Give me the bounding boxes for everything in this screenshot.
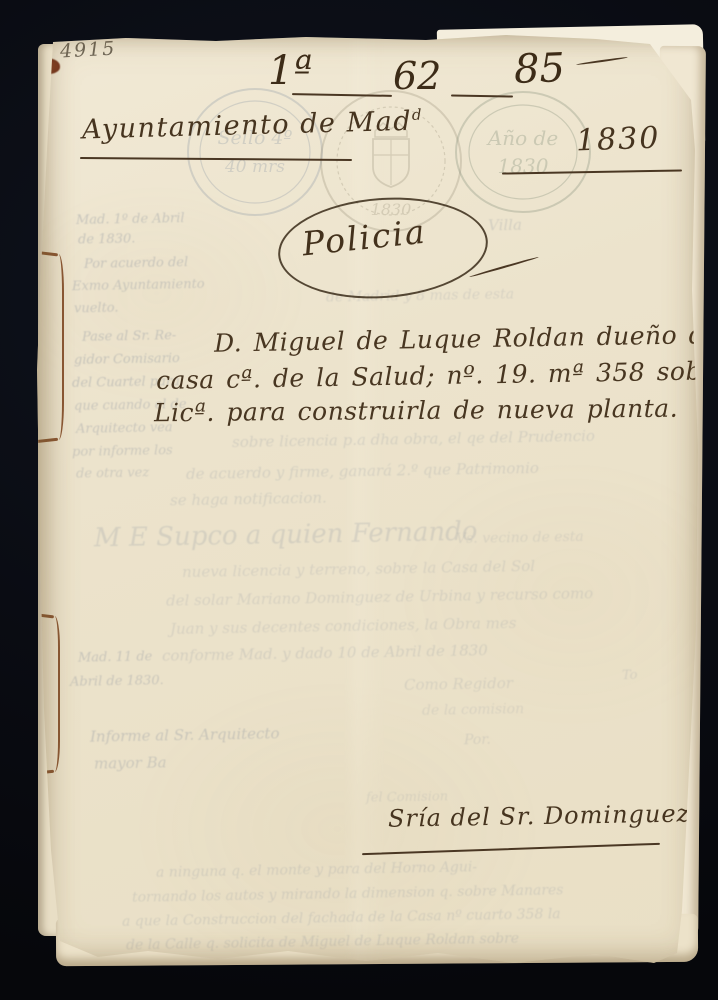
sello-40mrs-stamp: Sello 4º 40 mrs xyxy=(184,84,326,220)
bleedthrough-line: Exmo Ayuntamiento xyxy=(72,277,205,294)
abbreviation-superscript: d xyxy=(412,106,424,124)
bleedthrough-line: nueva licencia y terreno, sobre la Casa … xyxy=(182,557,535,581)
petition-line: casa cª. de la Salud; nº. 19. mª 358 sob… xyxy=(156,356,718,395)
bleedthrough-line: Juan y sus decentes condiciones, la Obra… xyxy=(170,614,517,638)
document-page: Sello 4º 40 mrs 1830 Año de 1830 Mad. 1º… xyxy=(36,30,706,970)
bleedthrough-line: Por acuerdo del xyxy=(84,255,188,272)
secretary-note: Sría del Sr. Dominguez. xyxy=(388,799,699,832)
bleedthrough-line: de la comision xyxy=(422,701,524,719)
bleedthrough-line: conforme Mad. y dado 10 de Abril de 1830 xyxy=(162,641,488,665)
secretary-note-underline xyxy=(362,843,660,855)
bleedthrough-line: vuelto. xyxy=(74,301,119,317)
index-number-third: 85 xyxy=(513,45,565,93)
index-underline-2 xyxy=(451,94,513,97)
bleedthrough-line: Villa xyxy=(488,216,522,235)
file-year-underline xyxy=(502,169,682,174)
bleedthrough-line: por informe los xyxy=(72,443,173,460)
bleedthrough-line: M E Supco a quien Fernando xyxy=(94,517,478,554)
petition-line: Licª. para construirla de nueva planta. xyxy=(154,394,678,428)
svg-text:1830: 1830 xyxy=(498,154,549,178)
council-title: Ayuntamiento de Madd xyxy=(82,106,424,146)
bleedthrough-line: de la Calle q. solicita de Miguel de Luq… xyxy=(126,931,519,954)
bleedthrough-line: Pase al Sr. Re- xyxy=(82,328,177,345)
index-underline-1 xyxy=(292,93,392,97)
petition-line: D. Miguel de Luque Roldan dueño de la xyxy=(214,319,718,357)
index-number-second: 62 xyxy=(393,54,441,98)
bleedthrough-line: de 1830. xyxy=(78,232,136,248)
scan-background: Sello 4º 40 mrs 1830 Año de 1830 Mad. 1º… xyxy=(0,0,718,1000)
binding-thread-upper xyxy=(36,252,68,442)
archival-pencil-number: 4915 xyxy=(59,38,116,63)
bleedthrough-line: se haga notificacion. xyxy=(170,489,327,510)
bleedthrough-line: To xyxy=(622,668,638,683)
bleedthrough-line: a ninguna q. el monte y para del Horno A… xyxy=(156,859,477,881)
index-number-first: 1ª xyxy=(268,48,312,94)
bleedthrough-line: Abril de 1830. xyxy=(70,673,164,690)
bleedthrough-line: Como Regidor xyxy=(404,674,513,694)
bleedthrough-line: del solar Mariano Dominguez de Urbina y … xyxy=(166,584,593,609)
index-flourish xyxy=(576,56,628,65)
ano-de-1830-stamp: Año de 1830 xyxy=(452,87,594,217)
bleedthrough-line: Vs. vecino de esta xyxy=(456,529,584,547)
bleedthrough-line: Informe al Sr. Arquitecto xyxy=(90,724,280,745)
bleedthrough-line: sobre licencia p.a dha obra, el qe del P… xyxy=(232,427,595,451)
bleedthrough-line: tornando los autos y mirando la dimensio… xyxy=(132,882,564,906)
bleedthrough-line: de otra vez xyxy=(76,465,149,481)
bleedthrough-line: Mad. 1º de Abril xyxy=(76,211,185,228)
bleedthrough-line: mayor Ba xyxy=(94,753,167,772)
bleedthrough-line: a que la Construccion del fachada de la … xyxy=(122,906,561,930)
council-title-underline xyxy=(80,157,352,161)
binding-thread-lower xyxy=(32,614,64,774)
bleedthrough-line: Por. xyxy=(464,732,491,748)
file-year: 1830 xyxy=(575,121,661,159)
svg-text:Año de: Año de xyxy=(486,126,558,150)
bleedthrough-line: de acuerdo y firme, ganará 2.º que Patri… xyxy=(186,459,539,483)
bleedthrough-line: Mad. 11 de xyxy=(78,649,153,665)
